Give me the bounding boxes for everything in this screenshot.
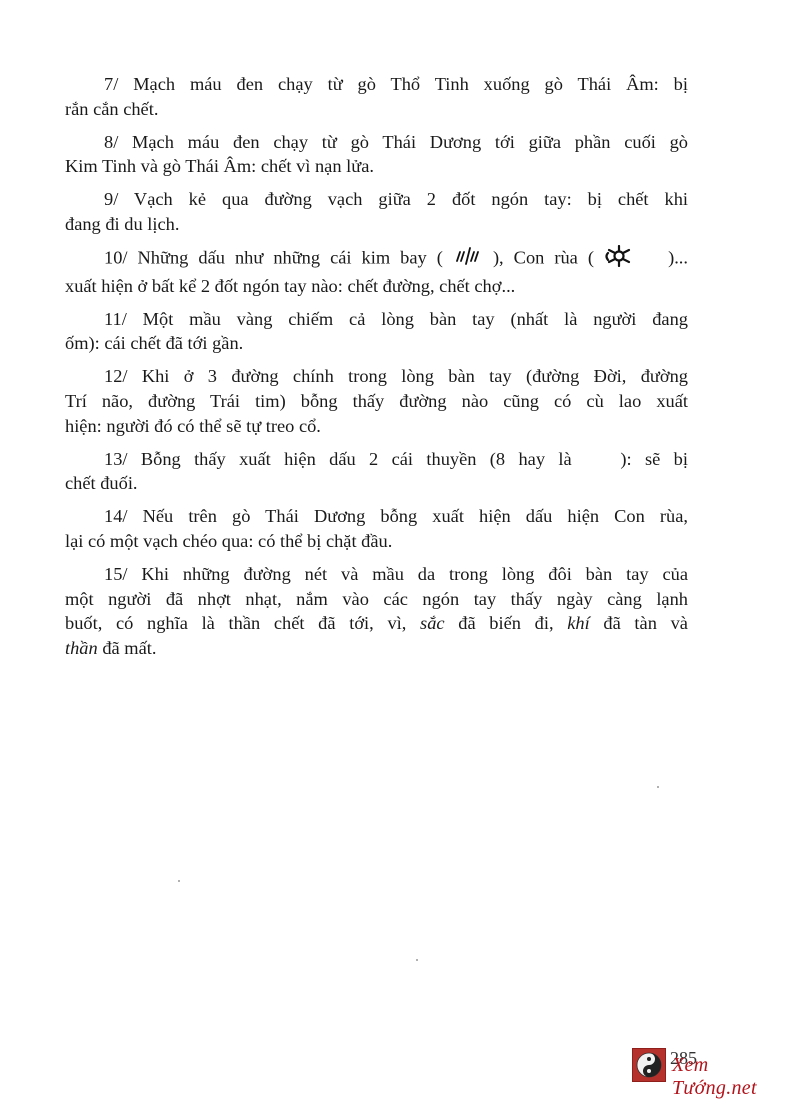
- paragraph-7: 7/ Mạch máu đen chạy từ gò Thổ Tinh xuốn…: [104, 72, 688, 121]
- paragraph-line: lại có một vạch chéo qua: có thể bị chặt…: [65, 529, 688, 554]
- flying-needles-icon: [453, 247, 483, 272]
- paragraph-11: 11/ Một mầu vàng chiếm cả lòng bàn tay (…: [104, 307, 688, 356]
- yin-yang-icon: [632, 1048, 666, 1082]
- text-fragment: đã tàn và: [603, 613, 688, 633]
- scan-speck: [416, 959, 418, 961]
- paragraph-line: 7/ Mạch máu đen chạy từ gò Thổ Tinh xuốn…: [104, 72, 688, 97]
- paragraph-line: 13/ Bỗng thấy xuất hiện dấu 2 cái thuyền…: [104, 447, 688, 472]
- turtle-icon: [604, 245, 634, 274]
- paragraph-10: 10/ Những dấu như những cái kim bay ( ),…: [104, 245, 688, 298]
- paragraph-line: thần đã mất.: [65, 636, 688, 661]
- italic-term: khí: [567, 613, 589, 633]
- paragraph-line: 11/ Một mầu vàng chiếm cả lòng bàn tay (…: [104, 307, 688, 332]
- paragraph-line: rắn cắn chết.: [65, 97, 688, 122]
- paragraph-line: 14/ Nếu trên gò Thái Dương bỗng xuất hiệ…: [104, 504, 688, 529]
- paragraph-14: 14/ Nếu trên gò Thái Dương bỗng xuất hiệ…: [104, 504, 688, 553]
- paragraph-line: 9/ Vạch kẻ qua đường vạch giữa 2 đốt ngó…: [104, 187, 688, 212]
- paragraph-line: 12/ Khi ở 3 đường chính trong lòng bàn t…: [104, 364, 688, 389]
- paragraph-12: 12/ Khi ở 3 đường chính trong lòng bàn t…: [104, 364, 688, 438]
- italic-term: sắc: [420, 613, 445, 633]
- paragraph-9: 9/ Vạch kẻ qua đường vạch giữa 2 đốt ngó…: [104, 187, 688, 236]
- watermark-brand: Xem Tướng.net: [672, 1054, 792, 1100]
- paragraph-line: buốt, có nghĩa là thần chết đã tới, vì, …: [65, 611, 688, 636]
- paragraph-13: 13/ Bỗng thấy xuất hiện dấu 2 cái thuyền…: [104, 447, 688, 496]
- scan-speck: [178, 880, 180, 882]
- paragraph-line: Trí não, đường Trái tim) bỗng thấy đường…: [65, 389, 688, 414]
- paragraph-line: ốm): cái chết đã tới gần.: [65, 331, 688, 356]
- document-body: 7/ Mạch máu đen chạy từ gò Thổ Tinh xuốn…: [104, 72, 688, 669]
- paragraph-8: 8/ Mạch máu đen chạy từ gò Thái Dương tớ…: [104, 130, 688, 179]
- page-footer: 285 Xem Tướng.net: [632, 1048, 792, 1084]
- paragraph-line: hiện: người đó có thể sẽ tự treo cổ.: [65, 414, 688, 439]
- paragraph-line: một người đã nhợt nhạt, nắm vào các ngón…: [65, 587, 688, 612]
- italic-term: thần: [65, 638, 98, 658]
- paragraph-line: đang đi du lịch.: [65, 212, 688, 237]
- text-fragment: 10/ Những dấu như những cái kim bay (: [104, 248, 443, 268]
- paragraph-line: xuất hiện ở bất kể 2 đốt ngón tay nào: c…: [65, 274, 688, 299]
- text-fragment: ), Con rùa (: [493, 248, 594, 268]
- paragraph-line: 8/ Mạch máu đen chạy từ gò Thái Dương tớ…: [104, 130, 688, 155]
- text-fragment: )...: [668, 248, 688, 268]
- text-fragment: 13/ Bỗng thấy xuất hiện dấu 2 cái thuyền…: [104, 449, 572, 469]
- paragraph-line: 10/ Những dấu như những cái kim bay ( ),…: [104, 245, 688, 274]
- text-fragment: đã biến đi,: [458, 613, 553, 633]
- paragraph-15: 15/ Khi những đường nét và mầu da trong …: [104, 562, 688, 660]
- text-fragment: đã mất.: [102, 638, 156, 658]
- text-fragment: ): sẽ bị: [620, 449, 688, 469]
- paragraph-line: chết đuối.: [65, 471, 688, 496]
- scan-speck: [657, 786, 659, 788]
- paragraph-line: 15/ Khi những đường nét và mầu da trong …: [104, 562, 688, 587]
- text-fragment: buốt, có nghĩa là thần chết đã tới, vì,: [65, 613, 406, 633]
- paragraph-line: Kim Tinh và gò Thái Âm: chết vì nạn lửa.: [65, 154, 688, 179]
